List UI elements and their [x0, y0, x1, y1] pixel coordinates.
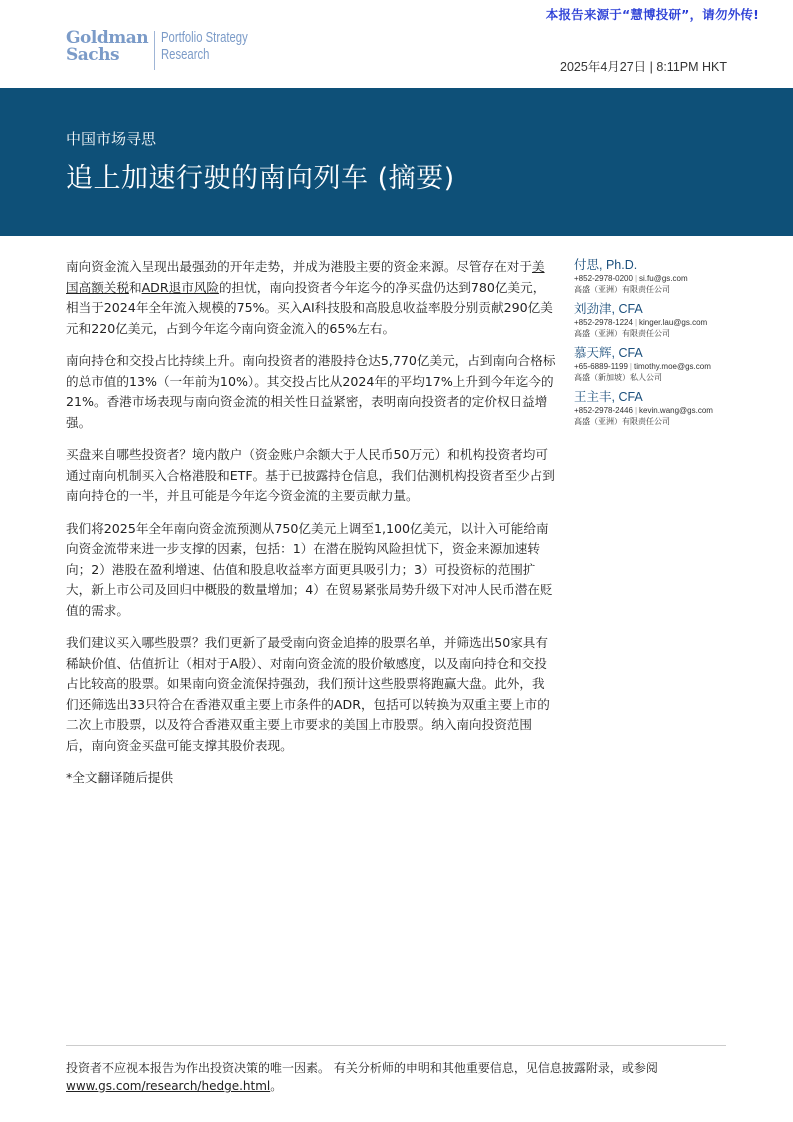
logo-wordmark: Goldman Sachs: [66, 30, 148, 70]
author-name: 王主丰, CFA: [574, 390, 764, 405]
separator: |: [635, 274, 637, 283]
logo-division-line1: Portfolio Strategy: [161, 30, 248, 47]
author-email[interactable]: timothy.moe@gs.com: [634, 362, 711, 371]
separator: |: [635, 318, 637, 327]
logo-division-line2: Research: [161, 47, 248, 64]
author-contact: +852-2978-2446|kevin.wang@gs.com: [574, 405, 764, 416]
author-name: 慕天辉, CFA: [574, 346, 764, 361]
author-card: 王主丰, CFA +852-2978-2446|kevin.wang@gs.co…: [574, 390, 764, 427]
goldman-sachs-logo: Goldman Sachs Portfolio Strategy Researc…: [66, 30, 272, 70]
author-entity: 高盛（亚洲）有限责任公司: [574, 284, 764, 295]
author-email[interactable]: kinger.lau@gs.com: [639, 318, 707, 327]
author-contact: +852-2978-0200|si.fu@gs.com: [574, 273, 764, 284]
separator: |: [635, 406, 637, 415]
title-banner: 中国市场寻思 追上加速行驶的南向列车 (摘要): [0, 88, 793, 236]
author-phone: +852-2978-0200: [574, 274, 633, 283]
report-title: 追上加速行驶的南向列车 (摘要): [66, 156, 455, 195]
paragraph-4: 我们将2025年全年南向资金流预测从750亿美元上调至1,100亿美元，以计入可…: [66, 519, 556, 622]
series-name: 中国市场寻思: [66, 128, 156, 149]
logo-divider: [154, 31, 155, 70]
author-name: 刘劲津, CFA: [574, 302, 764, 317]
disclaimer-text: 投资者不应视本报告为作出投资决策的唯一因素。 有关分析师的申明和其他重要信息，见…: [66, 1061, 658, 1075]
publication-date: 2025年4月27日 | 8:11PM HKT: [560, 57, 727, 75]
author-entity: 高盛（亚洲）有限责任公司: [574, 416, 764, 427]
translation-note: *全文翻译随后提供: [66, 768, 556, 789]
disclaimer-suffix: 。: [270, 1079, 282, 1093]
author-email[interactable]: si.fu@gs.com: [639, 274, 688, 283]
logo-brand-line2: Sachs: [66, 47, 148, 64]
footer-disclaimer: 投资者不应视本报告为作出投资决策的唯一因素。 有关分析师的申明和其他重要信息，见…: [66, 1059, 746, 1095]
footer-divider: [66, 1045, 726, 1046]
paragraph-text: 和: [129, 280, 142, 295]
separator: |: [630, 362, 632, 371]
author-phone: +852-2978-1224: [574, 318, 633, 327]
author-entity: 高盛（新加坡）私人公司: [574, 372, 764, 383]
watermark-notice: 本报告来源于“慧博投研”，请勿外传!: [546, 5, 759, 23]
paragraph-5: 我们建议买入哪些股票？我们更新了最受南向资金追捧的股票名单，并筛选出50家具有稀…: [66, 633, 556, 756]
paragraph-1: 南向资金流入呈现出最强劲的开年走势，并成为港股主要的资金来源。尽管存在对于美国高…: [66, 257, 556, 339]
author-entity: 高盛（亚洲）有限责任公司: [574, 328, 764, 339]
author-email[interactable]: kevin.wang@gs.com: [639, 406, 713, 415]
author-phone: +65-6889-1199: [574, 362, 628, 371]
author-card: 付思, Ph.D. +852-2978-0200|si.fu@gs.com 高盛…: [574, 258, 764, 295]
report-body: 南向资金流入呈现出最强劲的开年走势，并成为港股主要的资金来源。尽管存在对于美国高…: [66, 257, 556, 801]
author-contact: +65-6889-1199|timothy.moe@gs.com: [574, 361, 764, 372]
paragraph-text: 南向资金流入呈现出最强劲的开年走势，并成为港股主要的资金来源。尽管存在对于: [66, 259, 532, 274]
author-phone: +852-2978-2446: [574, 406, 633, 415]
logo-division: Portfolio Strategy Research: [161, 30, 272, 70]
author-card: 刘劲津, CFA +852-2978-1224|kinger.lau@gs.co…: [574, 302, 764, 339]
author-contact: +852-2978-1224|kinger.lau@gs.com: [574, 317, 764, 328]
author-name: 付思, Ph.D.: [574, 258, 764, 273]
disclosure-link[interactable]: www.gs.com/research/hedge.html: [66, 1079, 270, 1093]
author-list: 付思, Ph.D. +852-2978-0200|si.fu@gs.com 高盛…: [574, 258, 764, 434]
link-adr-delisting[interactable]: ADR退市风险: [142, 280, 219, 295]
paragraph-3: 买盘来自哪些投资者？境内散户（资金账户余额大于人民币50万元）和机构投资者均可通…: [66, 445, 556, 507]
paragraph-2: 南向持仓和交投占比持续上升。南向投资者的港股持仓达5,770亿美元，占到南向合格…: [66, 351, 556, 433]
author-card: 慕天辉, CFA +65-6889-1199|timothy.moe@gs.co…: [574, 346, 764, 383]
